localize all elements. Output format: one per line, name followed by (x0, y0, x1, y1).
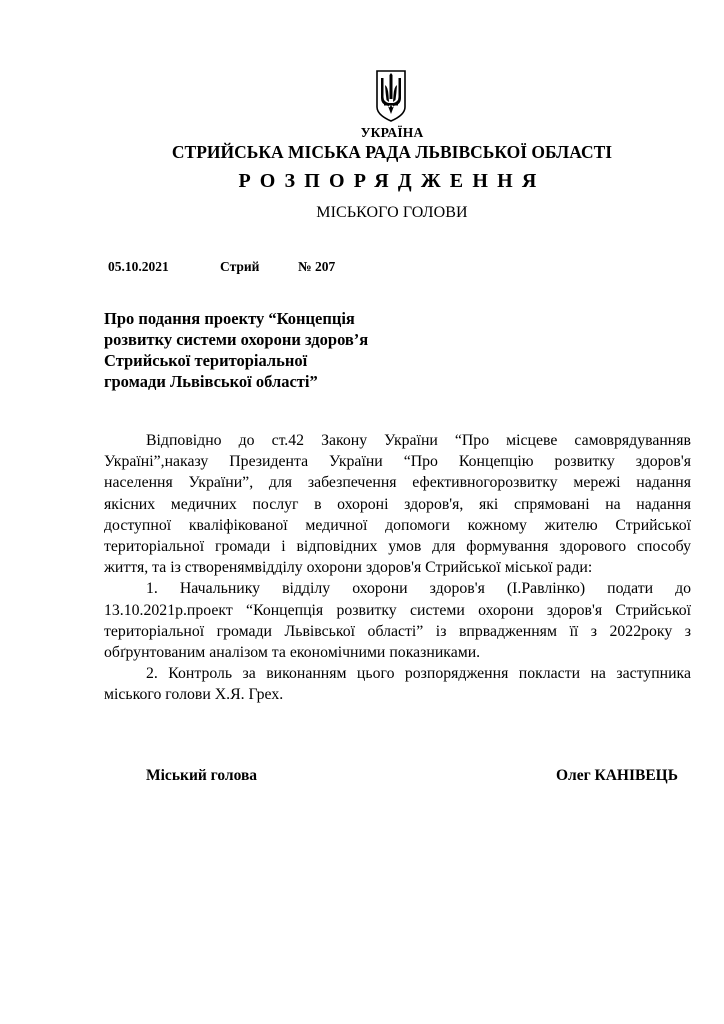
subject-line: розвитку системи охорони здоров’я (104, 329, 424, 350)
document-subject: Про подання проекту “Концепція розвитку … (104, 308, 424, 392)
body-line: доступної кваліфікованої медичної допомо… (104, 515, 691, 536)
document-date: 05.10.2021 (108, 259, 169, 275)
body-line: якісних медичних послуг в охороні здоров… (104, 494, 691, 515)
body-line: Україні”,наказу Президента України “Про … (104, 451, 691, 472)
document-number: № 207 (298, 259, 335, 275)
document-type-heading: РОЗПОРЯДЖЕННЯ (30, 170, 724, 193)
trident-coat-of-arms-icon (375, 69, 407, 123)
body-line: міського голови Х.Я. Грех. (104, 684, 691, 705)
signatory-title: Міський голова (146, 767, 257, 785)
body-line: територіальної громади Львівської област… (104, 621, 691, 642)
council-name: СТРИЙСЬКА МІСЬКА РАДА ЛЬВІВСЬКОЇ ОБЛАСТІ (30, 142, 724, 163)
body-line: Відповідно до ст.42 Закону України “Про … (104, 430, 691, 451)
body-line: життя, та із створенямвідділу охорони зд… (104, 557, 691, 578)
subject-line: Про подання проекту “Концепція (104, 308, 424, 329)
subject-line: Стрийської територіальної (104, 350, 424, 371)
body-line: 13.10.2021р.проект “Концепція розвитку с… (104, 600, 691, 621)
body-line: територіальної громади і відповідних умо… (104, 536, 691, 557)
signatory-name: Олег КАНІВЕЦЬ (556, 767, 678, 785)
body-line: 1. Начальнику відділу охорони здоров'я (… (104, 578, 691, 599)
body-line: 2. Контроль за виконанням цього розпоряд… (104, 663, 691, 684)
body-line: населення України”, для забезпечення ефе… (104, 472, 691, 493)
country-name: УКРАЇНА (30, 125, 724, 141)
document-subtype: МІСЬКОГО ГОЛОВИ (30, 204, 724, 222)
document-city: Стрий (220, 259, 259, 275)
subject-line: громади Львівської області” (104, 371, 424, 392)
document-body: Відповідно до ст.42 Закону України “Про … (104, 430, 691, 706)
order-item-2: 2. Контроль за виконанням цього розпоряд… (104, 663, 691, 705)
body-line: обґрунтованим аналізом та економічними п… (104, 642, 691, 663)
preamble-paragraph: Відповідно до ст.42 Закону України “Про … (104, 430, 691, 578)
order-item-1: 1. Начальнику відділу охорони здоров'я (… (104, 578, 691, 663)
document-page: УКРАЇНА СТРИЙСЬКА МІСЬКА РАДА ЛЬВІВСЬКОЇ… (0, 0, 724, 1024)
